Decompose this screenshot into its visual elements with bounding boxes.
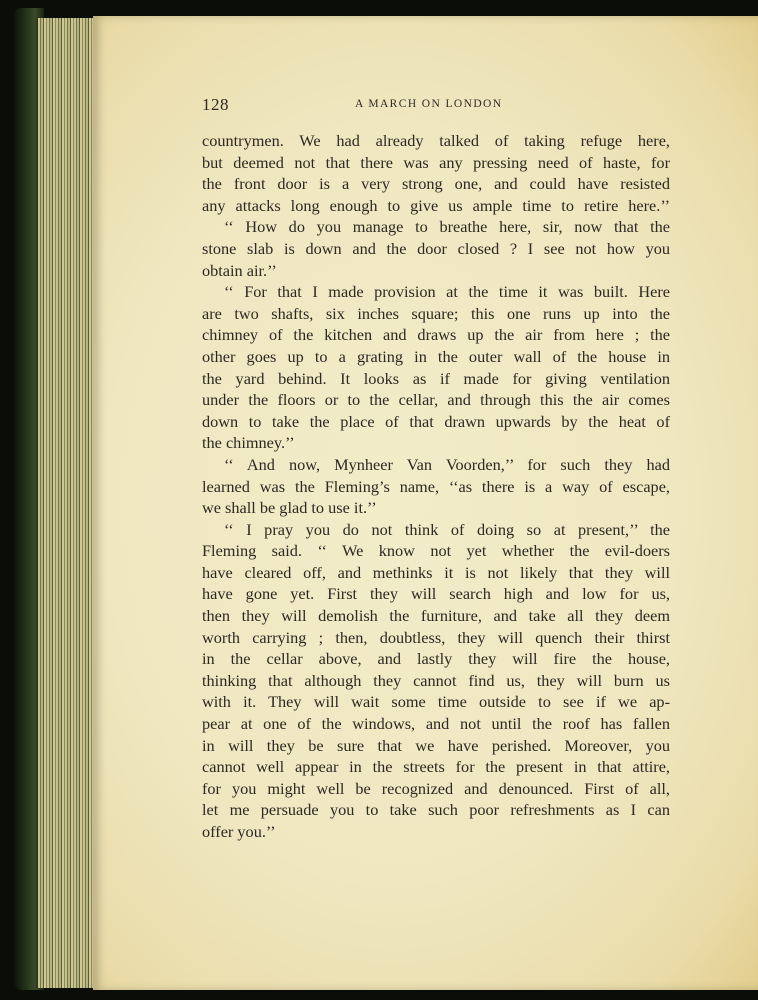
text-line: are two shafts, six inches square; this …	[202, 303, 670, 325]
text-line: down to take the place of that drawn upw…	[202, 411, 670, 433]
running-head: 128 A MARCH ON LONDON	[202, 95, 668, 115]
text-line: pear at one of the windows, and not unti…	[202, 713, 670, 735]
text-line: under the floors or to the cellar, and t…	[202, 389, 670, 411]
text-line: obtain air.’’	[202, 260, 670, 282]
body-text: countrymen. We had already talked of tak…	[202, 130, 670, 843]
page-edges	[36, 18, 96, 988]
text-line: we shall be glad to use it.’’	[202, 497, 670, 519]
text-line: any attacks long enough to give us ample…	[202, 195, 670, 217]
text-line: Fleming said. ‘‘ We know not yet whether…	[202, 540, 670, 562]
text-line: ‘‘ And now, Mynheer Van Voorden,’’ for s…	[202, 454, 670, 476]
text-line: for you might well be recognized and den…	[202, 778, 670, 800]
text-line: in the cellar above, and lastly they wil…	[202, 648, 670, 670]
text-line: learned was the Fleming’s name, ‘‘as the…	[202, 476, 670, 498]
text-line: ‘‘ For that I made provision at the time…	[202, 281, 670, 303]
text-line: but deemed not that there was any pressi…	[202, 152, 670, 174]
text-line: ‘‘ How do you manage to breathe here, si…	[202, 216, 670, 238]
running-title: A MARCH ON LONDON	[355, 98, 502, 110]
text-line: countrymen. We had already talked of tak…	[202, 130, 670, 152]
book-scan: 128 A MARCH ON LONDON countrymen. We had…	[0, 0, 758, 1000]
text-line: the yard behind. It looks as if made for…	[202, 368, 670, 390]
text-line: have cleared off, and methinks it is not…	[202, 562, 670, 584]
text-line: have gone yet. First they will search hi…	[202, 583, 670, 605]
text-line: cannot well appear in the streets for th…	[202, 756, 670, 778]
text-line: then they will demolish the furniture, a…	[202, 605, 670, 627]
text-line: offer you.’’	[202, 821, 670, 843]
text-line: the chimney.’’	[202, 432, 670, 454]
text-line: ‘‘ I pray you do not think of doing so a…	[202, 519, 670, 541]
text-line: the front door is a very strong one, and…	[202, 173, 670, 195]
page-number: 128	[202, 95, 229, 115]
text-line: stone slab is down and the door closed ?…	[202, 238, 670, 260]
text-line: in will they be sure that we have perish…	[202, 735, 670, 757]
text-line: chimney of the kitchen and draws up the …	[202, 324, 670, 346]
text-line: thinking that although they cannot find …	[202, 670, 670, 692]
text-line: worth carrying ; then, doubtless, they w…	[202, 627, 670, 649]
text-line: other goes up to a grating in the outer …	[202, 346, 670, 368]
text-line: let me persuade you to take such poor re…	[202, 799, 670, 821]
text-line: with it. They will wait some time outsid…	[202, 691, 670, 713]
